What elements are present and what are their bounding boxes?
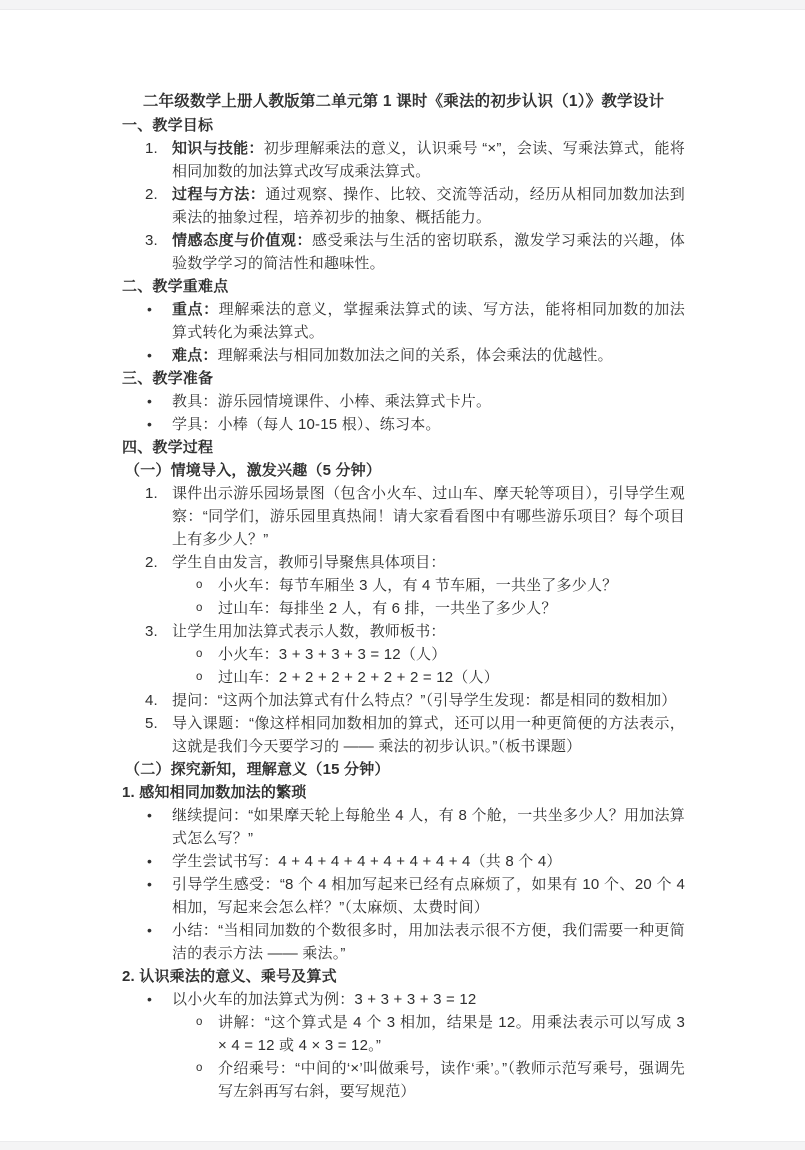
section-heading: 二、教学重难点 xyxy=(122,275,685,298)
item-text: 2. 认识乘法的意义、乘号及算式 xyxy=(122,968,337,985)
page-gap-top xyxy=(0,0,805,10)
bullet-list-item: •重点：理解乘法的意义，掌握乘法算式的读、写方法，能将相同加数的加法算式转化为乘… xyxy=(122,298,685,344)
item-text: 以小火车的加法算式为例：3 + 3 + 3 + 3 = 12 xyxy=(172,988,685,1011)
item-text: 学具：小棒（每人 10-15 根）、练习本。 xyxy=(172,413,685,436)
item-text: 重点：理解乘法的意义，掌握乘法算式的读、写方法，能将相同加数的加法算式转化为乘法… xyxy=(172,298,685,344)
bullet-dot-icon: • xyxy=(147,988,152,1011)
list-number: 3. xyxy=(145,620,158,643)
numbered-list-item: 1.知识与技能：初步理解乘法的意义，认识乘号 “×”，会读、写乘法算式，能将相同… xyxy=(122,137,685,183)
bullet-dot-icon: • xyxy=(147,850,152,873)
item-text: 难点：理解乘法与相同加数加法之间的关系，体会乘法的优越性。 xyxy=(172,344,685,367)
item-text: 小火车：每节车厢坐 3 人，有 4 节车厢，一共坐了多少人？ xyxy=(218,574,685,597)
numbered-list-item: 5.导入课题：“像这样相同加数相加的算式，还可以用一种更简便的方法表示，这就是我… xyxy=(122,712,685,758)
circle-bullet-icon: o xyxy=(196,1011,203,1034)
document-body: 二年级数学上册人教版第二单元第 1 课时《乘法的初步认识（1）》教学设计一、教学… xyxy=(122,90,685,1103)
item-text: 提问：“这两个加法算式有什么特点？”（引导学生发现：都是相同的数相加） xyxy=(172,689,685,712)
list-number: 3. xyxy=(145,229,158,252)
bullet-list-item: •以小火车的加法算式为例：3 + 3 + 3 + 3 = 12 xyxy=(122,988,685,1011)
bullet-dot-icon: • xyxy=(147,919,152,942)
numbered-list-item: 4.提问：“这两个加法算式有什么特点？”（引导学生发现：都是相同的数相加） xyxy=(122,689,685,712)
item-text: 学生自由发言，教师引导聚焦具体项目： xyxy=(172,551,685,574)
item-text: 小结：“当相同加数的个数很多时，用加法表示很不方便，我们需要一种更简洁的表示方法… xyxy=(172,919,685,965)
bullet-dot-icon: • xyxy=(147,873,152,896)
bullet-dot-icon: • xyxy=(147,298,152,321)
item-text: 介绍乘号：“中间的‘×’叫做乘号，读作‘乘’。”（教师示范写乘号，强调先写左斜再… xyxy=(218,1057,685,1103)
list-number: 2. xyxy=(145,183,158,206)
section-heading: 三、教学准备 xyxy=(122,367,685,390)
item-text: 三、教学准备 xyxy=(122,370,213,387)
bullet-dot-icon: • xyxy=(147,344,152,367)
item-text: （一）情境导入，激发兴趣（5 分钟） xyxy=(125,462,381,479)
item-label: 难点： xyxy=(172,347,218,364)
doc-title: 二年级数学上册人教版第二单元第 1 课时《乘法的初步认识（1）》教学设计 xyxy=(122,90,685,113)
item-text: 1. 感知相同加数加法的繁琐 xyxy=(122,784,306,801)
item-text: 二、教学重难点 xyxy=(122,278,228,295)
item-text: 四、教学过程 xyxy=(122,439,213,456)
item-text: 过山车：每排坐 2 人，有 6 排，一共坐了多少人？ xyxy=(218,597,685,620)
sub-bullet-list-item: o小火车：3 + 3 + 3 + 3 = 12（人） xyxy=(122,643,685,666)
item-label: 知识与技能： xyxy=(172,140,264,157)
bullet-dot-icon: • xyxy=(147,804,152,827)
numbered-list-item: 2.学生自由发言，教师引导聚焦具体项目： xyxy=(122,551,685,574)
bullet-dot-icon: • xyxy=(147,413,152,436)
item-text: 知识与技能：初步理解乘法的意义，认识乘号 “×”，会读、写乘法算式，能将相同加数… xyxy=(172,137,685,183)
numbered-list-item: 3.情感态度与价值观：感受乘法与生活的密切联系，激发学习乘法的兴趣，体验数学学习… xyxy=(122,229,685,275)
bullet-list-item: •继续提问：“如果摩天轮上每舱坐 4 人，有 8 个舱，一共坐多少人？用加法算式… xyxy=(122,804,685,850)
item-text: 课件出示游乐园场景图（包含小火车、过山车、摩天轮等项目），引导学生观察：“同学们… xyxy=(172,482,685,551)
item-label: 重点： xyxy=(172,301,219,318)
item-text: 过山车：2 + 2 + 2 + 2 + 2 + 2 = 12（人） xyxy=(218,666,685,689)
list-number: 5. xyxy=(145,712,158,735)
sub-bullet-list-item: o讲解：“这个算式是 4 个 3 相加，结果是 12。用乘法表示可以写成 3 ×… xyxy=(122,1011,685,1057)
bullet-list-item: •学具：小棒（每人 10-15 根）、练习本。 xyxy=(122,413,685,436)
item-text: 教具：游乐园情境课件、小棒、乘法算式卡片。 xyxy=(172,390,685,413)
bullet-list-item: •引导学生感受：“8 个 4 相加写起来已经有点麻烦了，如果有 10 个、20 … xyxy=(122,873,685,919)
item-label: 情感态度与价值观： xyxy=(172,232,312,249)
point-heading: 1. 感知相同加数加法的繁琐 xyxy=(122,781,685,804)
circle-bullet-icon: o xyxy=(196,597,203,620)
bullet-list-item: •难点：理解乘法与相同加数加法之间的关系，体会乘法的优越性。 xyxy=(122,344,685,367)
circle-bullet-icon: o xyxy=(196,666,203,689)
item-text: 过程与方法：通过观察、操作、比较、交流等活动，经历从相同加数加法到乘法的抽象过程… xyxy=(172,183,685,229)
list-number: 1. xyxy=(145,482,158,505)
point-heading: 2. 认识乘法的意义、乘号及算式 xyxy=(122,965,685,988)
item-text: 继续提问：“如果摩天轮上每舱坐 4 人，有 8 个舱，一共坐多少人？用加法算式怎… xyxy=(172,804,685,850)
item-text: 引导学生感受：“8 个 4 相加写起来已经有点麻烦了，如果有 10 个、20 个… xyxy=(172,873,685,919)
page-gap-bottom xyxy=(0,1141,805,1150)
item-text: 讲解：“这个算式是 4 个 3 相加，结果是 12。用乘法表示可以写成 3 × … xyxy=(218,1011,685,1057)
sub-bullet-list-item: o过山车：2 + 2 + 2 + 2 + 2 + 2 = 12（人） xyxy=(122,666,685,689)
bullet-list-item: •学生尝试书写：4 + 4 + 4 + 4 + 4 + 4 + 4 + 4（共 … xyxy=(122,850,685,873)
bullet-list-item: •教具：游乐园情境课件、小棒、乘法算式卡片。 xyxy=(122,390,685,413)
sub-bullet-list-item: o过山车：每排坐 2 人，有 6 排，一共坐了多少人？ xyxy=(122,597,685,620)
item-text: 小火车：3 + 3 + 3 + 3 = 12（人） xyxy=(218,643,685,666)
item-text: 情感态度与价值观：感受乘法与生活的密切联系，激发学习乘法的兴趣，体验数学学习的简… xyxy=(172,229,685,275)
circle-bullet-icon: o xyxy=(196,1057,203,1080)
numbered-list-item: 2.过程与方法：通过观察、操作、比较、交流等活动，经历从相同加数加法到乘法的抽象… xyxy=(122,183,685,229)
sub-section-heading: （一）情境导入，激发兴趣（5 分钟） xyxy=(122,459,685,482)
list-number: 1. xyxy=(145,137,158,160)
circle-bullet-icon: o xyxy=(196,643,203,666)
section-heading: 一、教学目标 xyxy=(122,114,685,137)
item-label: 过程与方法： xyxy=(172,186,265,203)
list-number: 4. xyxy=(145,689,158,712)
circle-bullet-icon: o xyxy=(196,574,203,597)
document-page: 二年级数学上册人教版第二单元第 1 课时《乘法的初步认识（1）》教学设计一、教学… xyxy=(122,90,685,1103)
item-text: 导入课题：“像这样相同加数相加的算式，还可以用一种更简便的方法表示，这就是我们今… xyxy=(172,712,685,758)
item-text: 一、教学目标 xyxy=(122,117,213,134)
sub-section-heading: （二）探究新知，理解意义（15 分钟） xyxy=(122,758,685,781)
list-number: 2. xyxy=(145,551,158,574)
numbered-list-item: 3.让学生用加法算式表示人数，教师板书： xyxy=(122,620,685,643)
item-text: 学生尝试书写：4 + 4 + 4 + 4 + 4 + 4 + 4 + 4（共 8… xyxy=(172,850,685,873)
section-heading: 四、教学过程 xyxy=(122,436,685,459)
item-text: 让学生用加法算式表示人数，教师板书： xyxy=(172,620,685,643)
item-text: （二）探究新知，理解意义（15 分钟） xyxy=(125,761,390,778)
numbered-list-item: 1.课件出示游乐园场景图（包含小火车、过山车、摩天轮等项目），引导学生观察：“同… xyxy=(122,482,685,551)
bullet-list-item: •小结：“当相同加数的个数很多时，用加法表示很不方便，我们需要一种更简洁的表示方… xyxy=(122,919,685,965)
item-text: 二年级数学上册人教版第二单元第 1 课时《乘法的初步认识（1）》教学设计 xyxy=(143,93,664,110)
sub-bullet-list-item: o介绍乘号：“中间的‘×’叫做乘号，读作‘乘’。”（教师示范写乘号，强调先写左斜… xyxy=(122,1057,685,1103)
document-viewer: { "page": { "background": "#ffffff", "ga… xyxy=(0,0,805,1150)
sub-bullet-list-item: o小火车：每节车厢坐 3 人，有 4 节车厢，一共坐了多少人？ xyxy=(122,574,685,597)
bullet-dot-icon: • xyxy=(147,390,152,413)
